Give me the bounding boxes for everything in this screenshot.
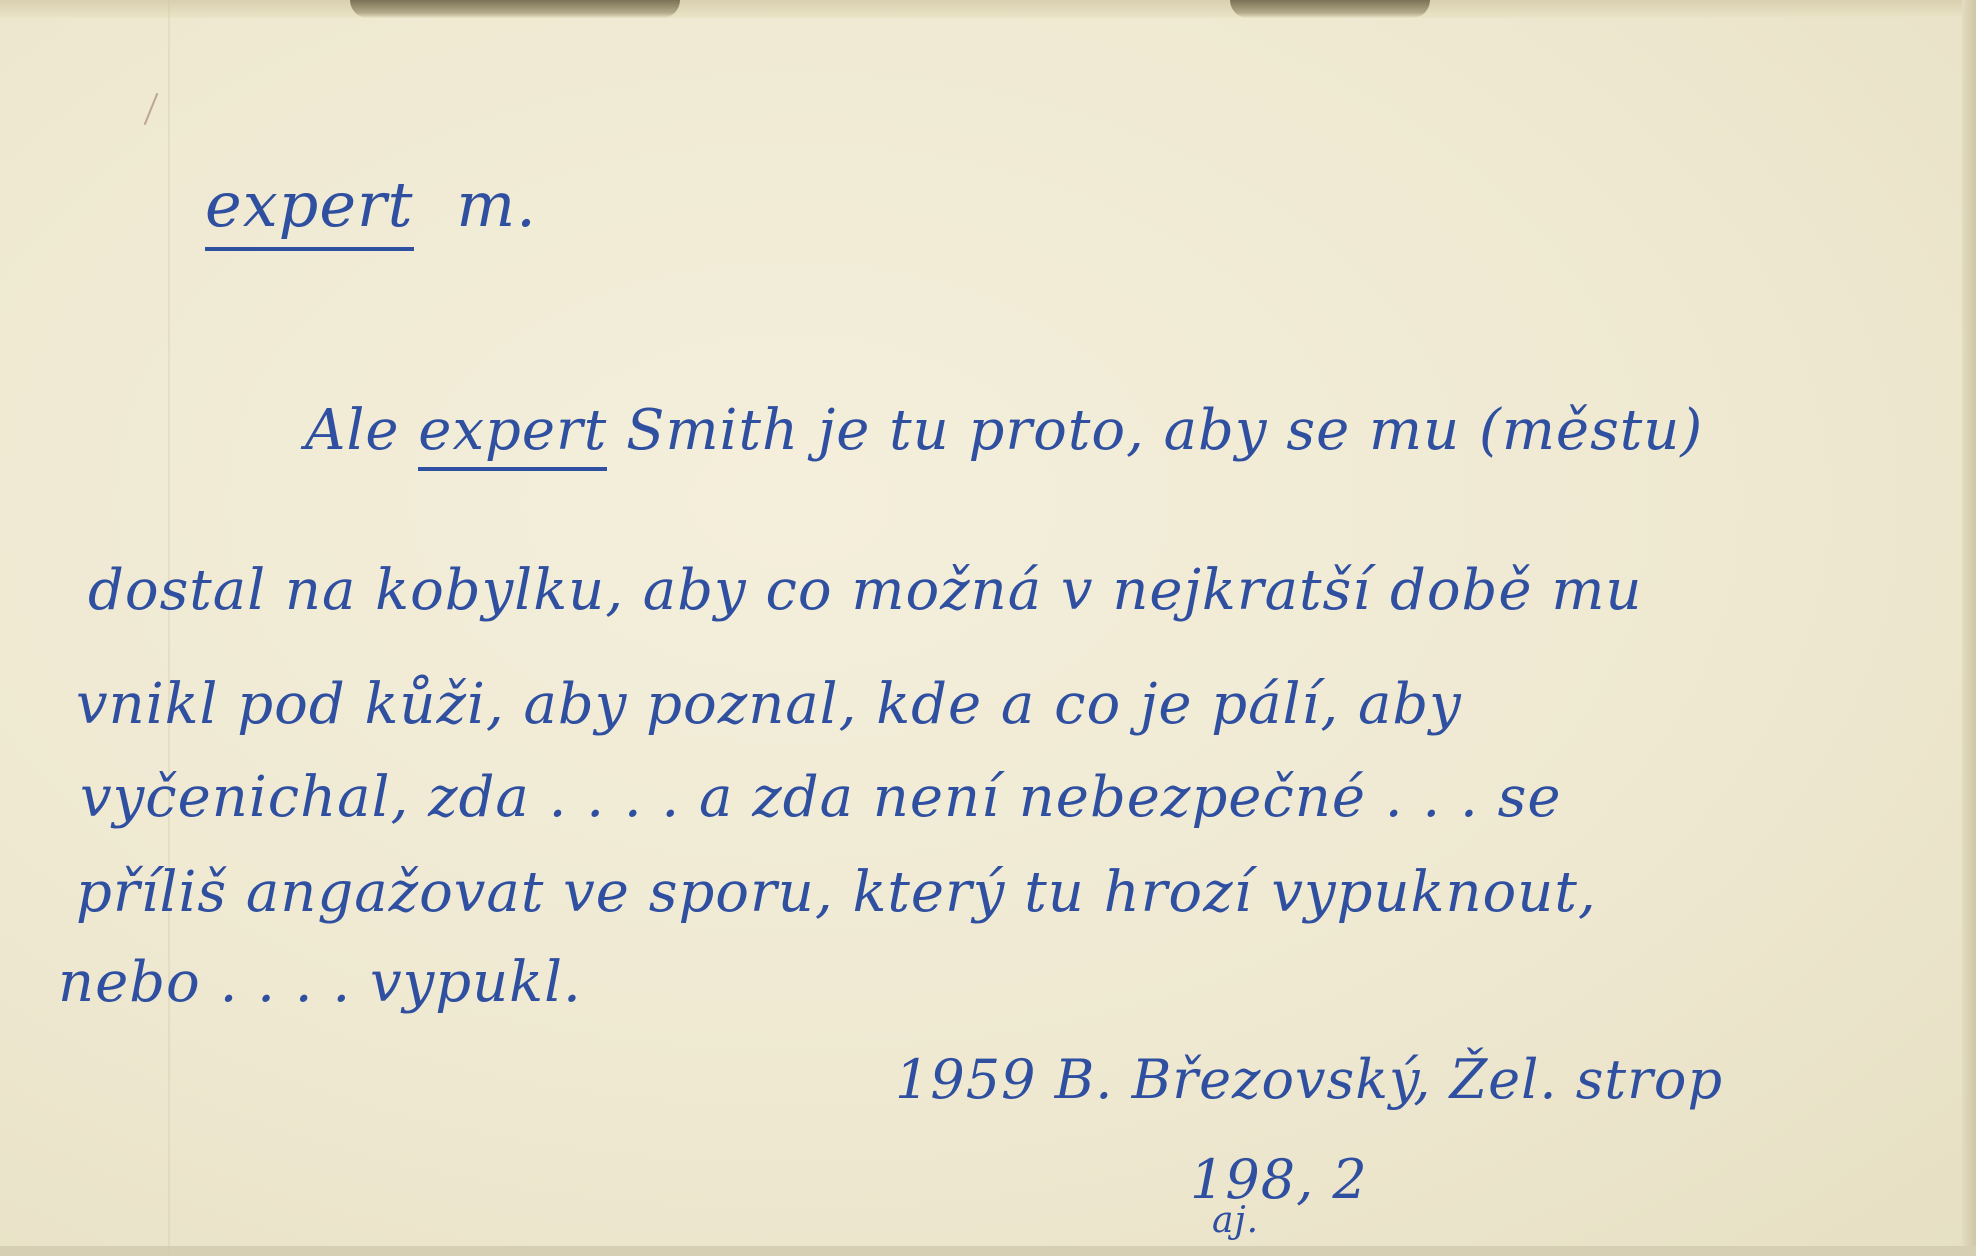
bottom-edge-strip <box>0 1246 1976 1256</box>
quote-text: Smith je tu proto, aby se mu (městu) <box>607 398 1703 463</box>
quote-underlined-term: expert <box>418 398 607 471</box>
headword: expert m. <box>205 168 537 241</box>
quote-line-5: příliš angažovat ve sporu, který tu hroz… <box>76 860 1597 925</box>
headword-gender: m. <box>456 168 537 241</box>
quote-line-4: vyčenichal, zda . . . . a zda není nebez… <box>80 765 1561 830</box>
top-edge-shadow <box>0 0 1976 18</box>
top-clip-shadow <box>1230 0 1430 18</box>
quote-text: Ale <box>305 398 418 463</box>
dictionary-index-card: expert m. Ale expert Smith je tu proto, … <box>0 0 1976 1256</box>
pencil-mark <box>144 93 159 125</box>
quote-line-2: dostal na kobylku, aby co možná v nejkra… <box>88 558 1643 623</box>
headword-term: expert <box>205 168 414 251</box>
source-citation: 1959 B. Březovský, Žel. strop <box>895 1048 1723 1111</box>
top-clip-shadow <box>350 0 680 18</box>
quote-line-1: Ale expert Smith je tu proto, aby se mu … <box>305 398 1703 463</box>
quote-line-6: nebo . . . . vypukl. <box>58 950 582 1015</box>
source-note: aj. <box>1212 1200 1259 1241</box>
right-edge-strip <box>1962 0 1976 1256</box>
quote-line-3: vnikl pod kůži, aby poznal, kde a co je … <box>76 672 1462 737</box>
margin-fold-line <box>168 0 170 1256</box>
